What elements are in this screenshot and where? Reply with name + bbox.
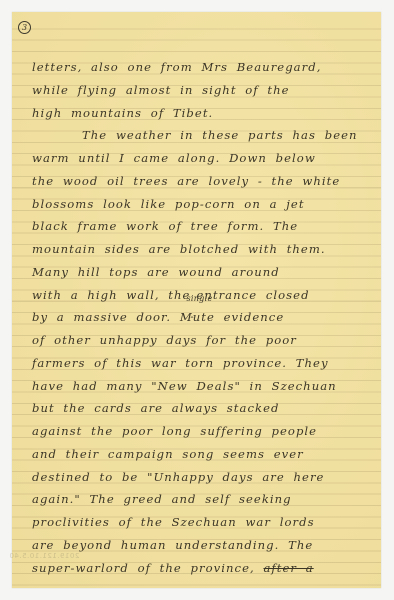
text-line: farmers of this war torn province. They	[32, 352, 377, 375]
archive-accession-stamp: 2019.121.10.5.40	[9, 552, 79, 560]
text-line: letters, also one from Mrs Beauregard,	[32, 56, 377, 79]
letter-body: letters, also one from Mrs Beauregard, w…	[32, 56, 377, 579]
text-line: blossoms look like pop-corn on a jet	[32, 193, 377, 216]
struck-through-text: after a	[263, 561, 313, 575]
text-segment: super-warlord of the province,	[32, 561, 255, 575]
text-line: the wood oil trees are lovely - the whit…	[32, 170, 377, 193]
text-line: but the cards are always stacked	[32, 397, 377, 420]
document-viewer: 3 letters, also one from Mrs Beauregard,…	[0, 0, 394, 600]
text-line-with-insertion: with a high wall, thesingle‸entrance clo…	[32, 284, 377, 307]
text-line: proclivities of the Szechuan war lords	[32, 511, 377, 534]
text-segment: with a high wall, the	[32, 288, 190, 302]
text-line: warm until I came along. Down below	[32, 147, 377, 170]
text-line: of other unhappy days for the poor	[32, 329, 377, 352]
page-number-circled: 3	[18, 21, 31, 34]
text-segment: entrance closed	[196, 288, 309, 302]
text-line: are beyond human understanding. The	[32, 534, 377, 557]
text-line: again." The greed and self seeking	[32, 488, 377, 511]
text-line: while flying almost in sight of the	[32, 79, 377, 102]
text-line: and their campaign song seems ever	[32, 443, 377, 466]
text-line: high mountains of Tibet.	[32, 102, 377, 125]
text-line: have had many "New Deals" in Szechuan	[32, 375, 377, 398]
text-line-paragraph-start: The weather in these parts has been	[32, 124, 377, 147]
text-line: by a massive door. Mute evidence	[32, 306, 377, 329]
text-line: Many hill tops are wound around	[32, 261, 377, 284]
text-line-with-strikethrough: super-warlord of the province, after a	[32, 557, 377, 580]
text-line: mountain sides are blotched with them.	[32, 238, 377, 261]
text-line: against the poor long suffering people	[32, 420, 377, 443]
text-line: destined to be "Unhappy days are here	[32, 466, 377, 489]
handwritten-letter-page: 3 letters, also one from Mrs Beauregard,…	[12, 12, 381, 588]
text-line: black frame work of tree form. The	[32, 215, 377, 238]
